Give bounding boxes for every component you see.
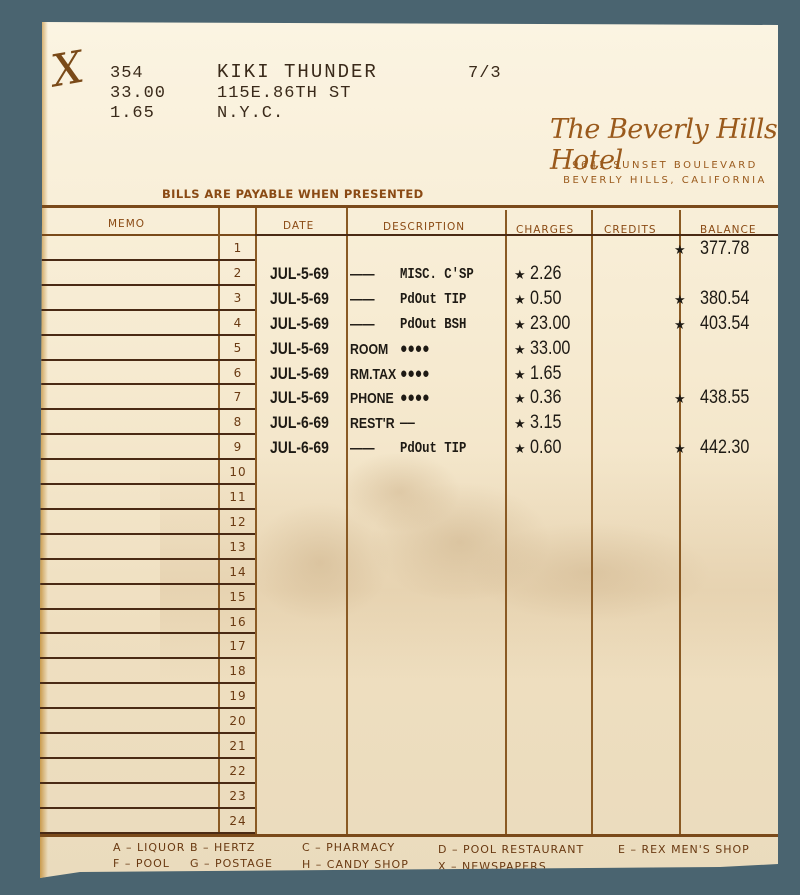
legend-item: X – NEWSPAPERS [438, 860, 547, 873]
memo-row-line [40, 583, 255, 585]
star-mark: ★ [514, 343, 526, 358]
row-number: 8 [220, 415, 256, 429]
legend-item: A – LIQUOR [113, 841, 185, 854]
memo-row-line [40, 632, 255, 634]
entry-date: JUL-6-69 [270, 413, 329, 433]
row-number: 10 [220, 465, 256, 479]
memo-row-line [40, 757, 255, 759]
entry-charge: 1.65 [530, 363, 581, 385]
entry-date: JUL-5-69 [270, 364, 329, 384]
row-number: 3 [220, 291, 256, 305]
column-header-date: DATE [283, 220, 314, 232]
row-number: 16 [220, 615, 256, 629]
memo-row-line [40, 732, 255, 734]
entry-description-code: REST'R [350, 415, 395, 432]
entry-balance: 403.54 [700, 313, 749, 335]
entry-description-code: —— [350, 266, 375, 283]
entry-description-detail: ●●●● [400, 341, 430, 358]
legend-item: H – CANDY SHOP [302, 858, 409, 871]
star-mark: ★ [514, 417, 526, 432]
entry-description-code: —— [350, 316, 375, 333]
star-mark: ★ [514, 442, 526, 457]
memo-row-line [40, 334, 255, 336]
memo-row-line [40, 508, 255, 510]
star-mark: ★ [514, 268, 526, 283]
payment-notice: BILLS ARE PAYABLE WHEN PRESENTED [162, 187, 424, 201]
memo-row-line [40, 433, 255, 435]
memo-row-line [40, 707, 255, 709]
entry-balance: 380.54 [700, 288, 749, 310]
entry-description-detail: —— [400, 415, 415, 432]
entry-description-detail: ●●●● [400, 366, 430, 383]
entry-description-detail: ●●●● [400, 390, 430, 407]
legend-item: E – REX MEN'S SHOP [618, 843, 750, 856]
room-rate: 33.00 [110, 84, 166, 104]
entry-balance: 442.30 [700, 437, 749, 459]
entry-charge: 0.60 [530, 437, 581, 459]
memo-row-line [40, 359, 255, 361]
memo-row-line [40, 458, 255, 460]
room-tax: 1.65 [110, 104, 155, 124]
hotel-bill: X 354 33.00 1.65 KIKI THUNDER 115E.86TH … [40, 22, 778, 882]
memo-row-line [40, 408, 255, 410]
legend-item: F – POOL [113, 857, 170, 870]
divider-desc [505, 210, 507, 834]
header-row-line [255, 234, 778, 236]
entry-description-code: ROOM [350, 341, 388, 358]
table-bottom-rule [40, 834, 778, 837]
hotel-address-line1: 9641 SUNSET BOULEVARD [560, 158, 770, 173]
entry-charge: 2.26 [530, 263, 581, 285]
entry-date: JUL-5-69 [270, 388, 329, 408]
memo-row-line [40, 807, 255, 809]
star-mark: ★ [514, 293, 526, 308]
row-number: 15 [220, 590, 256, 604]
divider-date [346, 208, 348, 834]
row-number: 1 [220, 241, 256, 255]
entry-date: JUL-5-69 [270, 289, 329, 309]
divider-charges [591, 210, 593, 834]
entry-description-detail: MISC. C'SP [400, 266, 474, 283]
entry-balance: 438.55 [700, 387, 749, 409]
star-mark: ★ [514, 392, 526, 407]
memo-row-line [40, 383, 255, 385]
entry-charge: 23.00 [530, 313, 581, 335]
row-number: 5 [220, 341, 256, 355]
entry-description-code: PHONE [350, 390, 394, 407]
star-mark: ★ [674, 243, 686, 258]
entry-date: JUL-6-69 [270, 438, 329, 458]
entry-description-detail: PdOut TIP [400, 440, 466, 457]
entry-date: JUL-5-69 [270, 339, 329, 359]
memo-row-line [40, 558, 255, 560]
row-number: 19 [220, 689, 256, 703]
column-header-description: DESCRIPTION [383, 221, 465, 233]
arrival-date: 7/3 [468, 64, 502, 84]
memo-row-line [40, 657, 255, 659]
guest-name: KIKI THUNDER [217, 62, 378, 82]
row-number: 6 [220, 366, 256, 380]
row-number: 13 [220, 540, 256, 554]
memo-row-line [40, 608, 255, 610]
entry-description-code: RM.TAX [350, 366, 396, 383]
star-mark: ★ [674, 442, 686, 457]
row-number: 2 [220, 266, 256, 280]
legend-item: G – POSTAGE [190, 857, 273, 870]
entry-description-code: —— [350, 440, 375, 457]
row-number: 17 [220, 639, 256, 653]
row-number: 4 [220, 316, 256, 330]
memo-row-line [40, 483, 255, 485]
entry-charge: 0.50 [530, 288, 581, 310]
row-number: 20 [220, 714, 256, 728]
entry-description-detail: PdOut BSH [400, 316, 466, 333]
memo-row-line [40, 782, 255, 784]
row-number: 14 [220, 565, 256, 579]
hotel-address-line2: BEVERLY HILLS, CALIFORNIA [560, 173, 770, 188]
star-mark: ★ [674, 293, 686, 308]
memo-row-line [40, 259, 255, 261]
entry-description-code: —— [350, 291, 375, 308]
handwritten-x-mark: X [48, 42, 88, 98]
star-mark: ★ [674, 318, 686, 333]
hotel-address: 9641 SUNSET BOULEVARD BEVERLY HILLS, CAL… [560, 158, 770, 188]
row-number: 22 [220, 764, 256, 778]
entry-description-detail: PdOut TIP [400, 291, 466, 308]
column-header-memo: MEMO [108, 218, 145, 230]
entry-charge: 3.15 [530, 412, 581, 434]
star-mark: ★ [514, 318, 526, 333]
row-number: 23 [220, 789, 256, 803]
entry-date: JUL-5-69 [270, 264, 329, 284]
memo-row-line [40, 284, 255, 286]
row-number: 24 [220, 814, 256, 828]
entry-charge: 33.00 [530, 338, 581, 360]
legend-item: B – HERTZ [190, 841, 255, 854]
memo-row-line [40, 309, 255, 311]
row-number: 11 [220, 490, 256, 504]
room-number: 354 [110, 64, 144, 84]
legend-item: C – PHARMACY [302, 841, 395, 854]
memo-row-line [40, 682, 255, 684]
row-number: 21 [220, 739, 256, 753]
row-number: 12 [220, 515, 256, 529]
entry-charge: 0.36 [530, 387, 581, 409]
entry-date: JUL-5-69 [270, 314, 329, 334]
table-top-rule [40, 205, 778, 208]
row-number: 7 [220, 390, 256, 404]
star-mark: ★ [674, 392, 686, 407]
row-number: 18 [220, 664, 256, 678]
guest-address-street: 115E.86TH ST [217, 84, 351, 104]
memo-row-line [40, 533, 255, 535]
star-mark: ★ [514, 368, 526, 383]
legend-item: D – POOL RESTAURANT [438, 843, 584, 856]
row-number: 9 [220, 440, 256, 454]
entry-balance: 377.78 [700, 238, 749, 260]
guest-address-city: N.Y.C. [217, 104, 284, 124]
